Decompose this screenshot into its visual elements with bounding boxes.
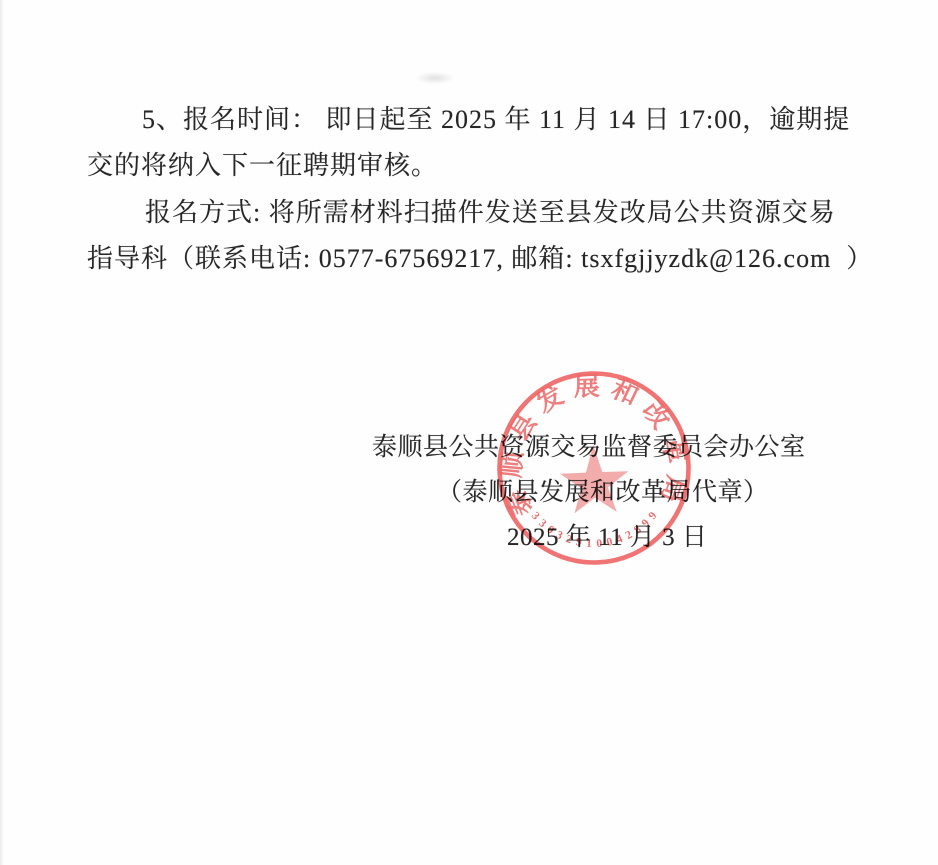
body-line-registration-method: 报名方式: 将所需材料扫描件发送至县发改局公共资源交易 [145,197,836,229]
body-line-overdue-note: 交的将纳入下一征聘期审核。 [87,150,438,182]
document-page: 5、报名时间： 即日起至 2025 年 11 月 14 日 17:00，逾期提 … [0,0,938,865]
body-line-contact-info: 指导科（联系电话: 0577-67569217, 邮箱: tsxfgjjyzdk… [87,243,873,275]
seal-code: 33032910042899 [529,506,664,553]
body-line-registration-time: 5、报名时间： 即日起至 2025 年 11 月 14 日 17:00，逾期提 [142,104,850,136]
official-seal: 泰顺县发展和改革局 33032910042899 [480,354,708,582]
seal-star-icon [559,444,630,514]
seal-code-holder: 33032910042899 [529,506,664,553]
scan-smudge [415,72,455,84]
